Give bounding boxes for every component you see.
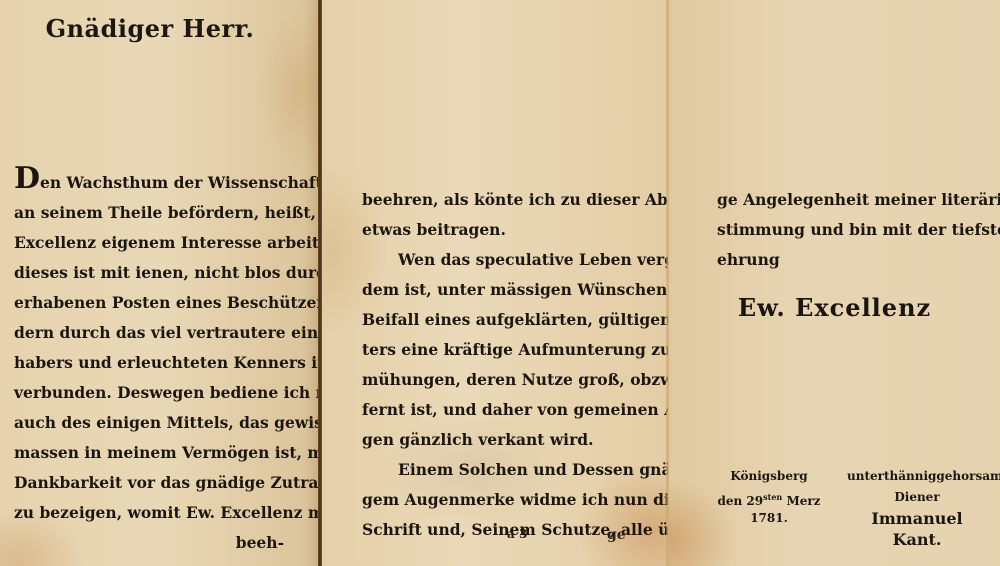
page-title: Gnädiger Herr. [0, 14, 300, 43]
text-line: gem Augenmerke widme ich nun diese [362, 485, 624, 515]
text-line: verbunden. Deswegen bediene ich mich [14, 378, 284, 408]
text-line: ehrung [717, 245, 979, 275]
middle-page-body: beehren, als könte ich zu dieser Absicht… [362, 185, 624, 545]
text-line: gen gänzlich verkant wird. [362, 425, 624, 455]
right-page-body: ge Angelegenheit meiner literärischen Be… [717, 185, 979, 275]
left-page-body: Den Wachsthum der Wissenschaften an sein… [14, 168, 284, 558]
text-line: mühungen, deren Nutze groß, obzwar ent- [362, 365, 624, 395]
text-line: dem ist, unter mässigen Wünschen, der [362, 275, 624, 305]
year: 1781. [709, 508, 829, 529]
text-line: beehren, als könte ich zu dieser Absicht [362, 185, 624, 215]
text-line: Schrift und, Seinem Schutze, alle übri- [362, 515, 624, 545]
closing: unterthänniggehorsamster [847, 466, 987, 487]
signature-block: unterthänniggehorsamster Diener Immanuel… [847, 466, 987, 529]
catchword: ge [607, 527, 626, 543]
text-line: Einem Solchen und Dessen gnädi- [362, 455, 624, 485]
text-line: Excellenz eigenem Interesse arbeiten; de… [14, 228, 284, 258]
text-line: stimmung und bin mit der tiefsten Ver- [717, 215, 979, 245]
text-line: auch des einigen Mittels, das gewisser- [14, 408, 284, 438]
left-page: Gnädiger Herr. Den Wachsthum der Wissens… [0, 0, 320, 566]
text-line: dieses ist mit ienen, nicht blos durch d… [14, 258, 284, 288]
text-line: an seinem Theile befördern, heißt, an Ew… [14, 198, 284, 228]
text-line: erhabenen Posten eines Beschützers, son- [14, 288, 284, 318]
drop-cap: D [14, 161, 40, 196]
right-page: ge Angelegenheit meiner literärischen Be… [669, 0, 1000, 566]
text-line: massen in meinem Vermögen ist, meine [14, 438, 284, 468]
place-date-block: Königsberg den 29sten Merz 1781. [709, 466, 829, 529]
middle-page: beehren, als könte ich zu dieser Absicht… [322, 0, 668, 566]
catchword: beeh- [14, 528, 284, 558]
text-line: zu bezeigen, womit Ew. Excellenz mich [14, 498, 284, 528]
servant: Diener [847, 487, 987, 508]
text-line: etwas beitragen. [362, 215, 624, 245]
author-name: Immanuel Kant. [847, 508, 987, 529]
date: den 29sten Merz [709, 487, 829, 508]
salutation: Ew. Excellenz [669, 293, 1000, 322]
text-line: Wen das speculative Leben vergnügt, [362, 245, 624, 275]
text-line: Beifall eines aufgeklärten, gültigen Ric… [362, 305, 624, 335]
text-line: dern durch das viel vertrautere eines Li… [14, 318, 284, 348]
place: Königsberg [709, 466, 829, 487]
text-line: Den Wachsthum der Wissenschaften [14, 168, 284, 198]
text-line: ters eine kräftige Aufmunterung zu Be- [362, 335, 624, 365]
text-line: habers und erleuchteten Kenners innigst [14, 348, 284, 378]
text-line: Dankbarkeit vor das gnädige Zutrauen [14, 468, 284, 498]
text-line: fernt ist, und daher von gemeinen Au- [362, 395, 624, 425]
signature-mark: a 3 [507, 527, 527, 541]
text-line: ge Angelegenheit meiner literärischen Be… [717, 185, 979, 215]
